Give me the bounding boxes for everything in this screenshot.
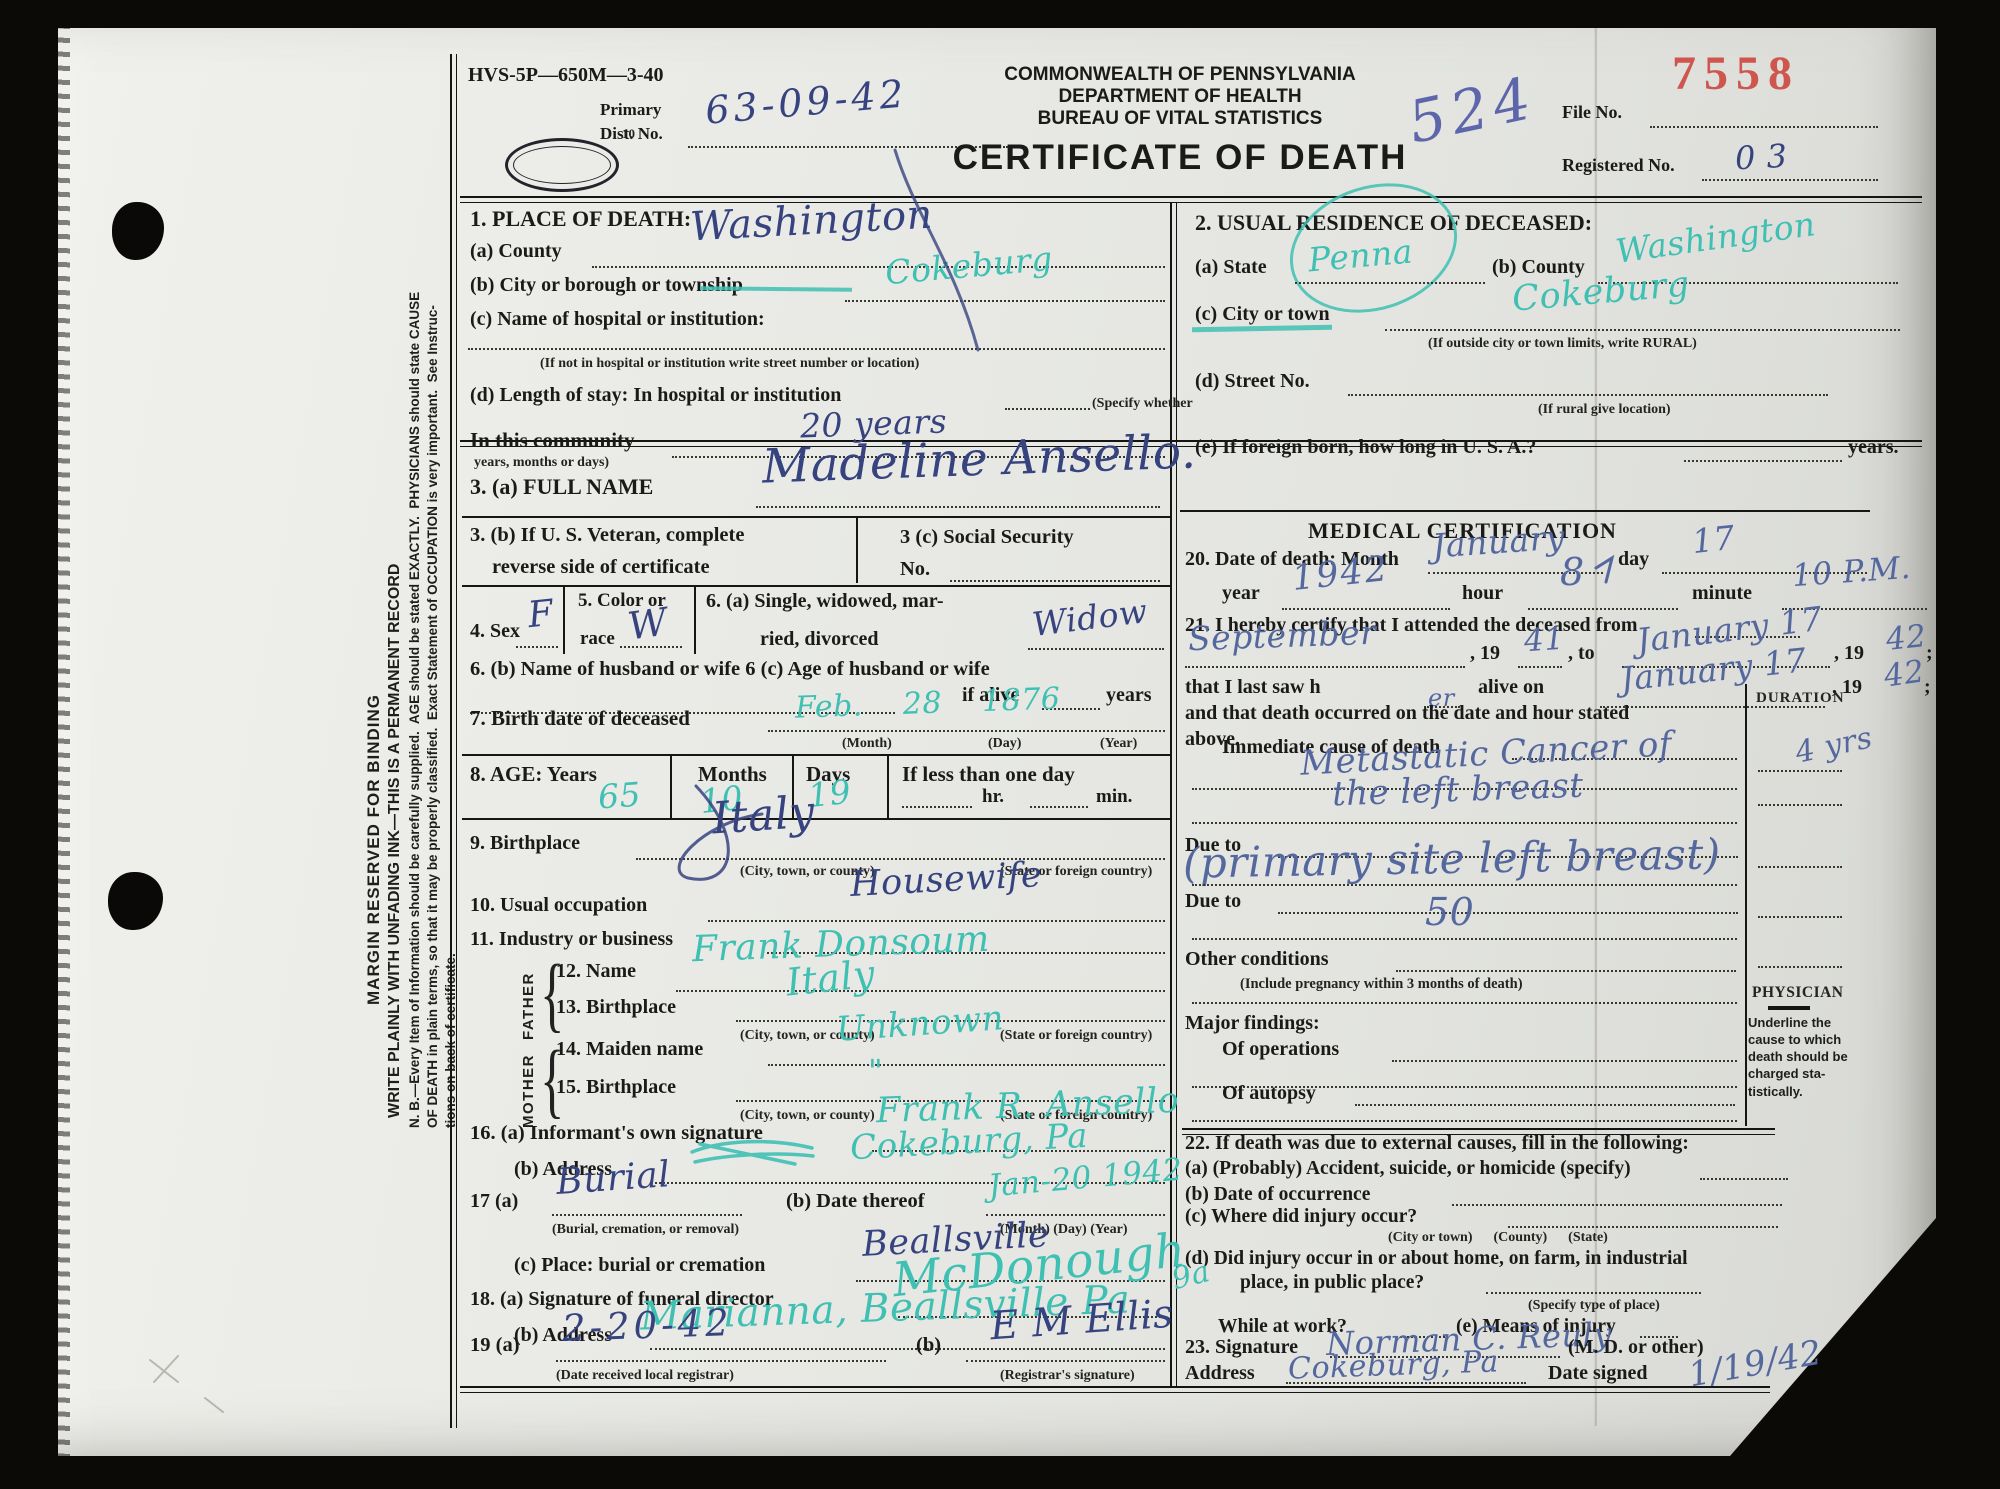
dotted-line — [468, 348, 1165, 350]
death-hour-value: 8 — [1560, 550, 1585, 594]
registrar-received-date: 2-20-42 — [561, 1301, 733, 1350]
divider — [670, 756, 672, 818]
print-19-b: , 19 — [1834, 642, 1864, 665]
dotted-line — [1758, 804, 1842, 806]
dotted-line — [636, 858, 1165, 860]
external-b-label: (b) Date of occurrence — [1185, 1184, 1370, 1206]
margin-note-binding: MARGIN RESERVED FOR BINDING — [364, 694, 384, 1005]
dotted-line — [1355, 1104, 1735, 1106]
mother-maiden-value: Unknown — [835, 998, 1005, 1050]
external-c-label: (c) Where did injury occur? — [1185, 1206, 1417, 1228]
res-foreign-suffix: years. — [1848, 436, 1899, 459]
dotted-line — [768, 730, 1165, 732]
registered-no-label: Registered No. — [1562, 155, 1675, 176]
physician-address-label: Address — [1185, 1362, 1255, 1385]
death-year-value: 1942 — [1290, 549, 1391, 599]
dotted-line — [756, 506, 1160, 508]
marital-label-2: ried, divorced — [760, 628, 879, 651]
mother-birthplace-label: 15. Birthplace — [556, 1076, 676, 1099]
dotted-line — [650, 1348, 1165, 1350]
hr-label: hr. — [982, 786, 1004, 808]
external-d-note: (Specify type of place) — [1528, 1298, 1660, 1314]
external-d-label-2: place, in public place? — [1240, 1272, 1424, 1294]
file-no-label: File No. — [1562, 102, 1622, 123]
dotted-line — [1348, 394, 1828, 396]
duration-label: DURATION — [1756, 690, 1845, 707]
md-or-other-label: (M. D. or other) — [1568, 1336, 1704, 1359]
ssn-label: 3 (c) Social Security — [900, 526, 1074, 549]
physician-dash — [1768, 1006, 1810, 1010]
divider — [462, 818, 1170, 820]
dotted-line — [1508, 1226, 1778, 1228]
birth-date-label: 7. Birth date of deceased — [470, 706, 690, 731]
marital-value: Widow — [1030, 591, 1150, 644]
dotted-line — [1192, 1002, 1737, 1004]
dotted-line — [1700, 1178, 1788, 1180]
due-to-value-2: 50 — [1425, 890, 1474, 934]
dotted-line — [1486, 1292, 1701, 1294]
dotted-line — [1650, 126, 1878, 128]
dotted-line — [1192, 884, 1737, 886]
print-semicolon: ; — [1924, 676, 1931, 699]
dotted-line — [1396, 970, 1736, 972]
father-birthplace-value: Italy — [784, 951, 877, 1004]
res-street-label: (d) Street No. — [1195, 370, 1310, 393]
registrar-sig-prefix: (b) — [916, 1334, 941, 1357]
burial-value: Burial — [555, 1154, 672, 1203]
pod-city-value: Cokeburg — [884, 239, 1055, 292]
min-label: min. — [1096, 786, 1132, 808]
mother-birthplace-value: " — [868, 1052, 883, 1090]
divider — [462, 516, 1170, 518]
death-hour-label: hour — [1462, 582, 1503, 605]
dotted-line — [552, 1214, 742, 1216]
attended-from-value: September — [1187, 613, 1377, 659]
stray-ink-mark: 9a — [1168, 1254, 1213, 1297]
mother-maiden-label: 14. Maiden name — [556, 1038, 703, 1061]
dotted-line — [1758, 866, 1842, 868]
death-month-value: January — [1431, 517, 1566, 565]
registrar-received-label: 19 (a) — [470, 1334, 520, 1357]
dotted-line — [1286, 1382, 1526, 1384]
dotted-line — [1758, 916, 1842, 918]
header-bureau: BUREAU OF VITAL STATISTICS — [875, 108, 1485, 130]
occurred-line: and that death occurred on the date and … — [1185, 702, 1629, 725]
duration-box-rule — [1745, 684, 1747, 1126]
occupation-label: 10. Usual occupation — [470, 894, 647, 917]
due-to-label-2: Due to — [1185, 890, 1241, 913]
external-a-label: (a) (Probably) Accident, suicide, or hom… — [1185, 1158, 1631, 1180]
pod-stay-note: (Specify whether — [1092, 396, 1193, 412]
birth-date-value: Feb. 28 1876 — [794, 681, 1061, 725]
print-semicolon: ; — [1926, 642, 1933, 665]
death-minute-value: 10 P.M. — [1791, 550, 1912, 594]
binding-rule — [450, 54, 457, 1428]
header-commonwealth: COMMONWEALTH OF PENNSYLVANIA — [875, 64, 1485, 86]
veteran-label: 3. (b) If U. S. Veteran, complete — [470, 524, 744, 547]
birthplace-value: Italy — [710, 786, 816, 844]
external-d-label-1: (d) Did injury occur in or about home, o… — [1185, 1248, 1688, 1270]
dotted-line — [1282, 608, 1450, 610]
occupation-value: Housewife — [849, 855, 1043, 905]
center-divider — [1170, 202, 1177, 1386]
years-label: years — [1106, 684, 1152, 707]
dotted-line — [592, 266, 1165, 268]
dotted-line — [1278, 912, 1738, 914]
res-county-value: Washington — [1613, 204, 1818, 271]
pod-hospital-note: (If not in hospital or institution write… — [540, 356, 919, 372]
page-title: CERTIFICATE OF DEATH — [875, 138, 1485, 178]
divider — [694, 585, 696, 654]
dotted-line — [1295, 282, 1485, 284]
dotted-line — [986, 1214, 1165, 1216]
father-birthplace-label: 13. Birthplace — [556, 996, 676, 1019]
immediate-cause-line-2: the left breast — [1331, 766, 1584, 815]
color-label-2: race — [580, 628, 615, 650]
dotted-line — [1758, 966, 1842, 968]
due-to-value-1: (primary site left breast) — [1183, 829, 1721, 887]
divider — [460, 1386, 1770, 1393]
bureau-seal-icon — [505, 138, 619, 192]
res-foreign-label: (e) If foreign born, how long in U. S. A… — [1195, 436, 1536, 459]
informant-label: 16. (a) Informant's own signature — [470, 1122, 763, 1145]
color-value: W — [625, 599, 670, 648]
external-causes-heading: 22. If death was due to external causes,… — [1185, 1132, 1689, 1155]
dotted-line — [620, 646, 682, 648]
age-years-value: 65 — [597, 775, 643, 817]
dotted-line — [1030, 806, 1088, 808]
ink-strike — [1192, 325, 1332, 332]
external-c-note: (City or town) (County) (State) — [1388, 1230, 1608, 1246]
dotted-line — [1192, 938, 1737, 940]
death-day-value: 17 — [1690, 518, 1737, 561]
death-minute-label: minute — [1692, 582, 1752, 605]
burial-note: (Burial, cremation, or removal) — [552, 1222, 739, 1238]
industry-label: 11. Industry or business — [470, 928, 673, 951]
alive-on-label: alive on — [1478, 676, 1544, 699]
dotted-line — [1385, 329, 1900, 331]
divider — [563, 585, 565, 654]
registered-no-value: 0 3 — [1734, 137, 1788, 178]
dotted-line — [676, 990, 1165, 992]
death-year-label: year — [1222, 582, 1260, 605]
major-findings-label: Major findings: — [1185, 1012, 1320, 1035]
pod-county-label: (a) County — [470, 240, 562, 263]
res-street-note: (If rural give location) — [1538, 402, 1671, 418]
sex-value: F — [526, 593, 556, 636]
divider — [856, 518, 858, 583]
attended-to-year: 42 — [1884, 618, 1928, 658]
burial-label: 17 (a) — [470, 1190, 518, 1213]
seal-number: 10 — [622, 126, 635, 142]
dotted-line — [1528, 608, 1678, 610]
print-to: , to — [1568, 642, 1595, 665]
header-department: DEPARTMENT OF HEALTH — [875, 86, 1485, 108]
duration-value: 4 yrs — [1792, 720, 1875, 770]
last-saw-year: 42 — [1882, 653, 1927, 694]
attended-from-year: 41 — [1523, 621, 1566, 660]
father-group-label: FATHER — [520, 972, 537, 1040]
birthplace-label: 9. Birthplace — [470, 832, 580, 855]
sex-label: 4. Sex — [470, 620, 520, 643]
mother-group-label: MOTHER — [520, 1054, 537, 1128]
death-day-label: day — [1618, 548, 1649, 571]
other-conditions-label: Other conditions — [1185, 948, 1329, 971]
res-state-label: (a) State — [1195, 256, 1267, 279]
other-conditions-note: (Include pregnancy within 3 months of de… — [1240, 976, 1523, 993]
registrar-signature-note: (Registrar's signature) — [1000, 1368, 1135, 1384]
res-city-note: (If outside city or town limits, write R… — [1428, 336, 1697, 352]
physician-signature-label: 23. Signature — [1185, 1336, 1298, 1359]
of-autopsy-label: Of autopsy — [1222, 1082, 1316, 1105]
dotted-line — [966, 1360, 1165, 1362]
divider — [1180, 510, 1870, 512]
print-19-a: , 19 — [1470, 642, 1500, 665]
dotted-line — [1192, 1120, 1737, 1122]
dotted-line — [1684, 460, 1842, 462]
dotted-line — [516, 646, 558, 648]
margin-note-nb-1: N. B.—Every Item of Information should b… — [407, 292, 422, 1128]
primary-dist-label-1: Primary — [600, 100, 661, 120]
burial-date-label: (b) Date thereof — [786, 1190, 925, 1213]
dotted-line — [1005, 408, 1090, 410]
physician-note: Underline the cause to which death shoul… — [1748, 1014, 1850, 1100]
veteran-label-2: reverse side of certificate — [492, 556, 710, 579]
dotted-line — [902, 806, 972, 808]
dotted-line — [1185, 666, 1465, 668]
pod-community-note: years, months or days) — [474, 455, 609, 471]
margin-note-write-plainly: WRITE PLAINLY WITH UNFADING INK—THIS IS … — [386, 564, 404, 1118]
dotted-line — [1702, 179, 1878, 181]
res-city-label: (c) City or town — [1195, 303, 1330, 326]
last-saw-line: that I last saw h — [1185, 676, 1321, 699]
full-name-label: 3. (a) FULL NAME — [470, 474, 653, 500]
birth-day-note: (Day) — [988, 736, 1021, 752]
dotted-line — [1518, 666, 1562, 668]
certificate-of-death-form: MARGIN RESERVED FOR BINDING WRITE PLAINL… — [0, 0, 2000, 1489]
father-name-label: 12. Name — [556, 960, 636, 983]
dotted-line — [768, 1064, 1165, 1066]
pod-community-label: In this community — [470, 428, 635, 453]
pod-stay-label: (d) Length of stay: In hospital or insti… — [470, 384, 841, 407]
divider — [462, 585, 1170, 587]
birth-year-note: (Year) — [1100, 736, 1137, 752]
date-signed-label: Date signed — [1548, 1362, 1647, 1385]
pod-hospital-label: (c) Name of hospital or institution: — [470, 308, 765, 331]
dotted-line — [845, 300, 1165, 302]
divider — [462, 754, 1170, 756]
dotted-line — [556, 1360, 886, 1362]
dotted-line — [1392, 1060, 1737, 1062]
physician-address-value: Cokeburg, Pa — [1287, 1344, 1499, 1386]
marital-label: 6. (a) Single, widowed, mar- — [706, 590, 944, 613]
dotted-line — [1452, 1204, 1782, 1206]
ssn-no-label: No. — [900, 558, 930, 581]
physician-label: PHYSICIAN — [1752, 984, 1843, 1002]
form-number: HVS-5P—650M—3-40 — [468, 64, 664, 87]
spouse-label: 6. (b) Name of husband or wife 6 (c) Age… — [470, 658, 990, 681]
registrar-received-note: (Date received local registrar) — [556, 1368, 734, 1384]
place-of-death-heading: 1. PLACE OF DEATH: — [470, 206, 691, 232]
state-country-note: (State or foreign country) — [1000, 1028, 1152, 1044]
burial-place-label: (c) Place: burial or cremation — [514, 1254, 765, 1277]
dotted-line — [950, 580, 1160, 582]
dotted-line — [1028, 648, 1164, 650]
age-less-label: If less than one day — [902, 762, 1075, 787]
margin-note-nb-2: OF DEATH in plain terms, so that it may … — [425, 305, 440, 1128]
dotted-line — [1192, 822, 1737, 824]
of-operations-label: Of operations — [1222, 1038, 1339, 1061]
birth-month-note: (Month) — [842, 736, 892, 752]
file-number-stamp: 7558 — [1672, 46, 1800, 101]
divider — [460, 196, 1922, 203]
pen-tick — [1596, 558, 1612, 582]
age-label: 8. AGE: Years — [470, 762, 597, 787]
divider — [887, 756, 889, 818]
pencil-marks — [150, 1356, 223, 1412]
